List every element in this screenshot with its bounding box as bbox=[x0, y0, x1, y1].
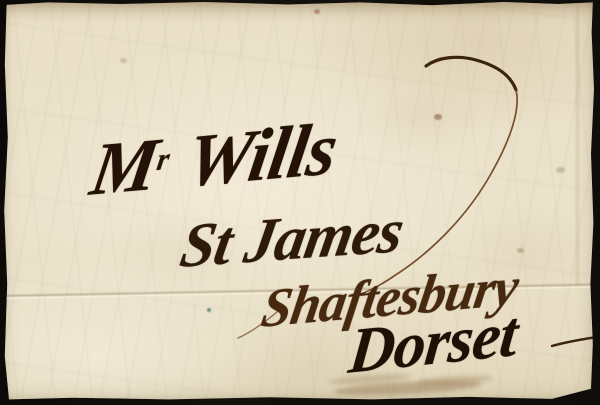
recipient-name: Wills bbox=[181, 107, 342, 203]
letter-sheet: 7 MrWills St James Shaftesbury Dorset bbox=[0, 0, 600, 405]
address-line-locality: St James bbox=[176, 200, 408, 278]
honorific-initial: M bbox=[85, 123, 163, 212]
photo-backdrop: 7 MrWills St James Shaftesbury Dorset bbox=[0, 0, 600, 405]
t-cross-stroke bbox=[552, 337, 597, 346]
